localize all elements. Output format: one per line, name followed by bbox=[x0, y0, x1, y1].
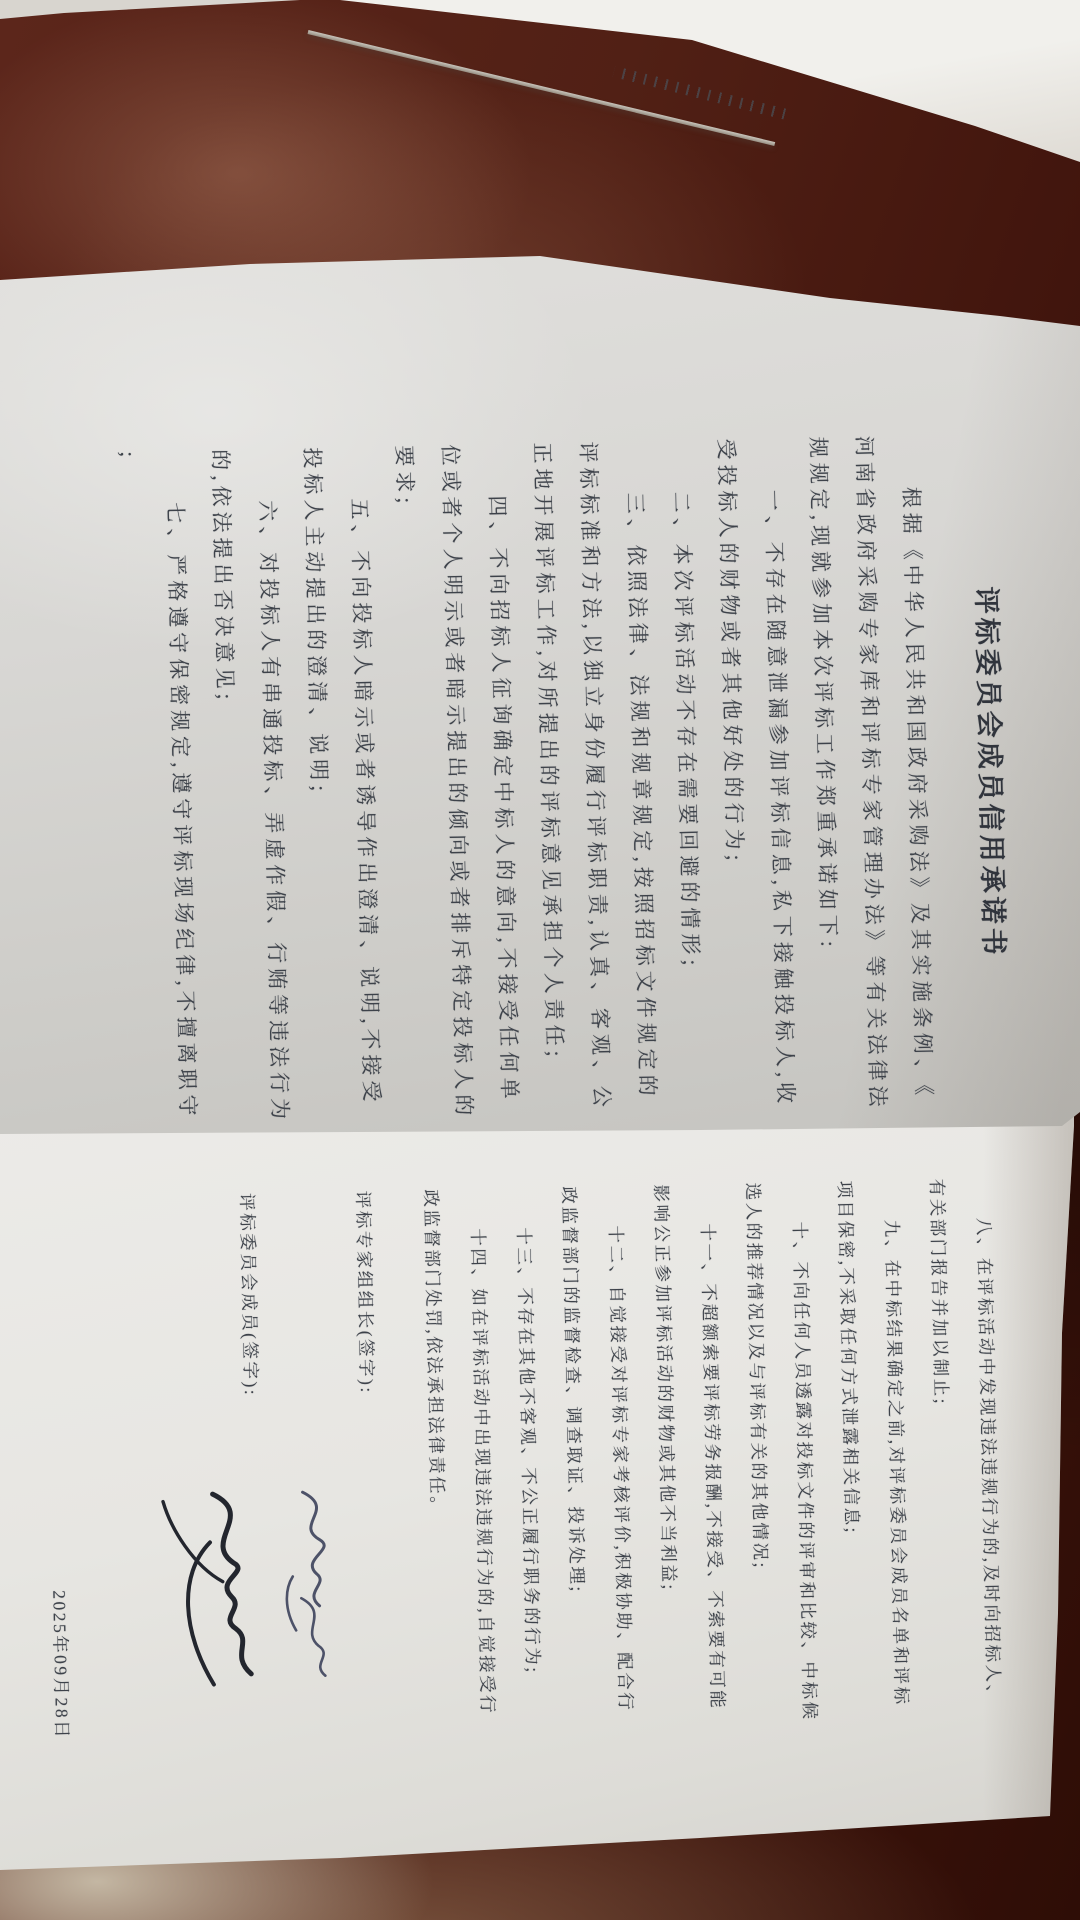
document-upper-sheet: 评标委员会成员信用承诺书 根据《中华人民共和国政府采购法》及其实施条例、《河南省… bbox=[0, 250, 1080, 1145]
commitment-items-8-14: 八、在评标活动中发现违法违规行为的,及时向招标人、有关部门报告并加以制止;九、在… bbox=[408, 1177, 1019, 1832]
commitment-item: 三、依照法律、法规和规章规定,按照招标文件规定的评标标准和方法,以独立身份履行评… bbox=[519, 440, 671, 1122]
commitment-item: 十、不向任何人员透露对投标文件的评审和比较、中标候选人的推荐情况以及与评标有关的… bbox=[730, 1181, 833, 1726]
document-date: 2025年09月28日 bbox=[28, 1197, 87, 1841]
signature-label-expert-leader: 评标专家组组长(签字): bbox=[353, 1191, 377, 1395]
signature-label-committee-member: 评标委员会成员(签字): bbox=[237, 1193, 261, 1397]
handwritten-signature-committee-member bbox=[153, 1474, 283, 1696]
commitment-item: 十四、如在评标活动中出现违法违规行为的,自觉接受行政监督部门处罚,依法承担法律责… bbox=[408, 1188, 511, 1733]
commitment-item: 四、不向招标人征询确定中标人的意向,不接受任何单位或者个人明示或者暗示提出的倾向… bbox=[381, 443, 533, 1125]
commitment-item: 五、不向投标人暗示或者诱导作出澄清、说明,不接受投标人主动提出的澄清、说明; bbox=[289, 446, 395, 1127]
commitment-item: 八、在评标活动中发现违法违规行为的,及时向招标人、有关部门报告并加以制止; bbox=[914, 1177, 1017, 1722]
document-intro: 根据《中华人民共和国政府采购法》及其实施条例、《河南省政府采购专家库和评标专家管… bbox=[795, 434, 947, 1116]
document-page-1: 评标委员会成员信用承诺书 根据《中华人民共和国政府采购法》及其实施条例、《河南省… bbox=[113, 411, 1028, 1154]
commitment-item: 九、在中标结果确定之前,对评标委员会成员名单和评标项目保密,不采取任何方式泄露相… bbox=[822, 1179, 925, 1724]
commitment-item: 一、不存在随意泄漏参加评标信息,私下接触投标人,收受投标人的财物或者其他好处的行… bbox=[703, 437, 809, 1118]
commitment-item: 六、对投标人有串通投标、弄虚作假、行贿等违法行为的,依法提出否决意见; bbox=[197, 448, 303, 1129]
commitment-items-1-7: 一、不存在随意泄漏参加评标信息,私下接触投标人,收受投标人的财物或者其他好处的行… bbox=[105, 437, 810, 1153]
document-title: 评标委员会成员信用承诺书 bbox=[961, 433, 1019, 1113]
commitment-item: 十二、自觉接受对评标专家考核评价,积极协助、配合行政监督部门的监督检查、调查取证… bbox=[546, 1185, 649, 1730]
commitment-item: 七、严格遵守保密规定,遵守评标现场纪律,不擅离职守; bbox=[105, 450, 211, 1131]
photo-canvas: 八、在评标活动中发现违法违规行为的,及时向招标人、有关部门报告并加以制止;九、在… bbox=[0, 0, 1080, 1920]
commitment-item: 十一、不超额索要评标劳务报酬,不接受、不索要有可能影响公正参加评标活动的财物或其… bbox=[638, 1183, 741, 1728]
